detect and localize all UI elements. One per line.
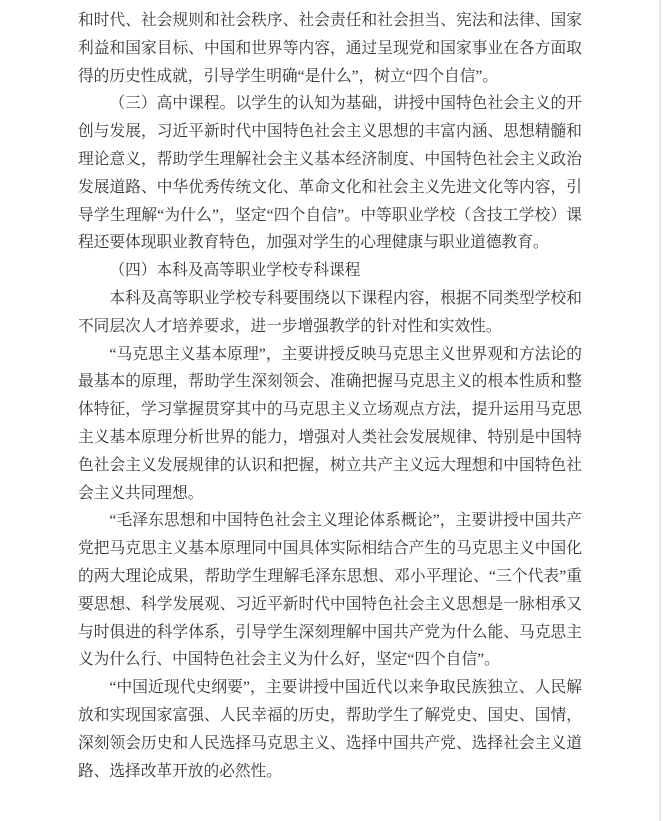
- paragraphs-container: 和时代、社会规则和社会秩序、社会责任和社会担当、宪法和法律、国家利益和国家目标、…: [78, 7, 582, 785]
- page-edge-line: [659, 0, 661, 821]
- paragraph: （三）高中课程。以学生的认知为基础，讲授中国特色社会主义的开创与发展，习近平新时…: [78, 90, 582, 257]
- paragraph: “马克思主义基本原理”，主要讲授反映马克思主义世界观和方法论的最基本的原理，帮助…: [78, 341, 582, 508]
- text-column: 和时代、社会规则和社会秩序、社会责任和社会担当、宪法和法律、国家利益和国家目标、…: [78, 7, 582, 785]
- paragraph: “毛泽东思想和中国特色社会主义理论体系概论”，主要讲授中国共产党把马克思主义基本…: [78, 507, 582, 674]
- paragraph: 和时代、社会规则和社会秩序、社会责任和社会担当、宪法和法律、国家利益和国家目标、…: [78, 7, 582, 90]
- paragraph: “中国近现代史纲要”，主要讲授中国近代以来争取民族独立、人民解放和实现国家富强、…: [78, 674, 582, 785]
- paragraph: 本科及高等职业学校专科要围绕以下课程内容，根据不同类型学校和不同层次人才培养要求…: [78, 285, 582, 341]
- paragraph: （四）本科及高等职业学校专科课程: [78, 257, 582, 285]
- document-page: 和时代、社会规则和社会秩序、社会责任和社会担当、宪法和法律、国家利益和国家目标、…: [0, 0, 663, 821]
